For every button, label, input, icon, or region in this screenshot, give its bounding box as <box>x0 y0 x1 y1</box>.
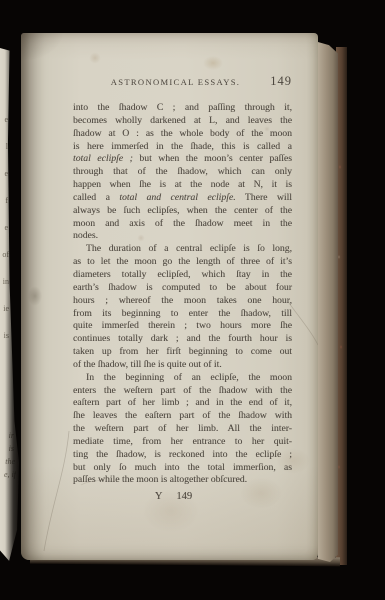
body-line: of the ſhadow, till ſhe is quite out of … <box>73 359 292 372</box>
body-line: paſſes while the moon is altogether obſc… <box>73 474 292 487</box>
body-line: from its beginning to enter the ſhadow, … <box>73 308 292 321</box>
body-line: mediate time, from her entrance to her q… <box>73 436 292 449</box>
body-line: total eclipſe ; but when the moon’s cent… <box>73 153 292 166</box>
body-line: ting the ſhadow, is reckoned into the ec… <box>73 449 292 462</box>
body-line: hours ; whereof the moon takes one hour, <box>73 295 292 308</box>
body-line: moon and axis of the ſhadow meet in the <box>73 218 292 231</box>
body-line: the weſtern part of her limb. All the in… <box>73 423 292 436</box>
body-line: taken up from her firſt beginning to com… <box>73 346 292 359</box>
body-line: ſhadow at O : as the whole body of the m… <box>73 128 292 141</box>
body-line: into the ſhadow C ; and paſſing through … <box>73 102 292 115</box>
signature-line: Y 149 <box>64 491 283 502</box>
body-line: diameters totally eclipſed, which ſtay i… <box>73 269 292 282</box>
body-line: nodes. <box>73 230 292 243</box>
body-line: through that of the ſhadow, which can on… <box>73 166 292 179</box>
body-line: ſhe leaves the eaſtern part of the ſhado… <box>73 410 292 423</box>
page-number: 149 <box>270 74 292 89</box>
photo-backdrop: elefeofinieisiristhee, if ASTRONOMICAL E… <box>0 0 385 600</box>
body-line: always be ſuch eclipſes, when the center… <box>73 205 292 218</box>
signature-mark: Y <box>155 491 163 502</box>
body-text: into the ſhadow C ; and paſſing through … <box>73 102 292 487</box>
body-line: happen when ſhe is at the node at N, it … <box>73 179 292 192</box>
book-page: ASTRONOMICAL ESSAYS. 149 into the ſhadow… <box>21 33 318 560</box>
body-line: continues totally dark ; and the fourth … <box>73 333 292 346</box>
body-line: quite immerſed therein ; two hours more … <box>73 320 292 333</box>
running-head: ASTRONOMICAL ESSAYS. 149 <box>73 77 292 92</box>
running-title: ASTRONOMICAL ESSAYS. <box>111 77 240 87</box>
body-line: enters the weſtern part of the ſhadow wi… <box>73 385 292 398</box>
body-line: as to let the moon go the length of thre… <box>73 256 292 269</box>
body-line: but only ſo much into the total immerſio… <box>73 462 292 475</box>
body-line: The duration of a central eclipſe is ſo … <box>73 243 292 256</box>
body-line: earth’s ſhadow is computed to be about f… <box>73 282 292 295</box>
body-line: In the beginning of an eclipſe, the moon <box>73 372 292 385</box>
signature-number: 149 <box>176 491 192 502</box>
body-line: is here immerſed in the ſhade, this is c… <box>73 141 292 154</box>
page-block-fore-edge <box>318 42 338 562</box>
body-line: eaſtern part of her limb ; and in the en… <box>73 397 292 410</box>
body-line: called a total and central eclipſe. Ther… <box>73 192 292 205</box>
body-line: becomes wholly darkened at L, and leaves… <box>73 115 292 128</box>
